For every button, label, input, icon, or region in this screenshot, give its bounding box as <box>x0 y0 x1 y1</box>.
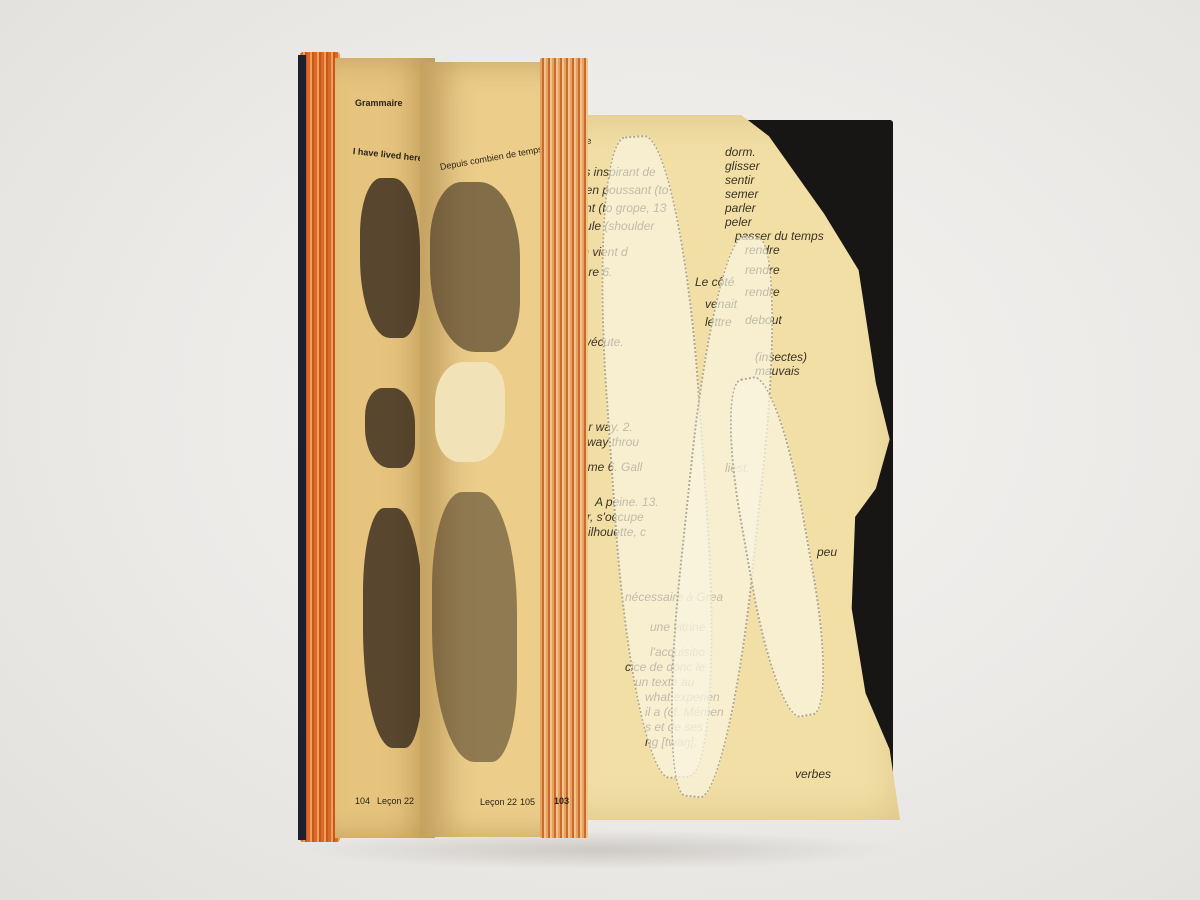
page-text: peler <box>725 215 752 229</box>
middle-page: Depuis combien de temps habite-t-elle Le… <box>420 62 545 837</box>
page-text: semer <box>725 187 758 201</box>
page-number: 105 <box>520 797 535 807</box>
page-text: peu <box>817 545 837 559</box>
page-number: 104 <box>355 796 370 806</box>
cutout-hole <box>430 182 520 352</box>
page-header: Grammaire <box>355 98 403 108</box>
page-text: glisser <box>725 159 760 173</box>
cutout-hole <box>365 388 415 468</box>
page-footer: Leçon 22 <box>480 797 517 807</box>
cutout-hole <box>432 492 517 762</box>
cutout-hole <box>435 362 505 462</box>
page-number: 103 <box>554 796 569 806</box>
photo-scene: vous inspirant de era en poussant (to nn… <box>0 0 1200 900</box>
page-text: parler <box>725 201 756 215</box>
page-edges-left <box>300 52 340 842</box>
page-text: verbes <box>795 767 831 781</box>
page-edges-right: 103 <box>540 58 588 838</box>
page-text: dorm. <box>725 145 756 159</box>
front-cover-edge <box>298 55 306 840</box>
page-footer: Leçon 22 <box>377 796 414 806</box>
page-text: sentir <box>725 173 754 187</box>
cutout-hole <box>360 178 420 338</box>
cutout-hole <box>363 508 423 748</box>
